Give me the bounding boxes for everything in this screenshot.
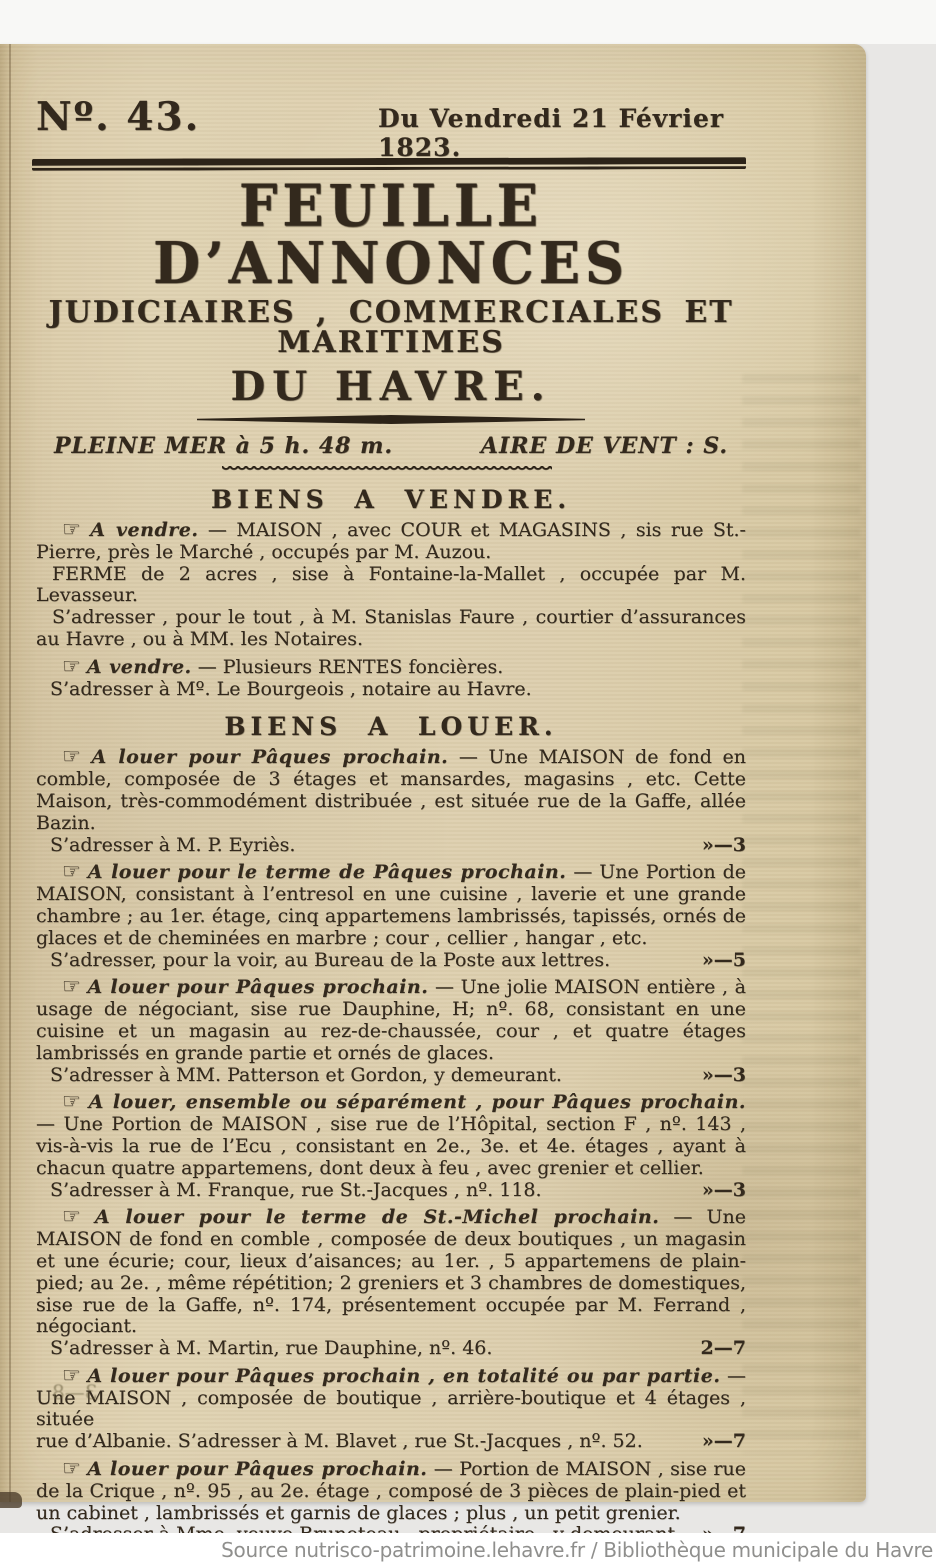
manicule-icon: ☞ xyxy=(62,859,81,883)
ad-address-row: rue d’Albanie. S’adresser à M. Blavet , … xyxy=(36,1431,746,1453)
ad-ref: »—7 xyxy=(702,1431,746,1453)
ad-lead: A louer pour le terme de Pâques prochain… xyxy=(88,861,567,883)
ad-rentes: ☞ A vendre. — Plusieurs RENTES foncières… xyxy=(36,656,746,701)
ad-text: ☞ A louer, ensemble ou séparément , pour… xyxy=(36,1091,746,1179)
ad-address-row: S’adresser à Mº. Le Bourgeois , notaire … xyxy=(36,679,746,701)
ad-ref: »—3 xyxy=(702,835,746,857)
ad-maison-st-michel: ☞ A louer pour le terme de St.-Michel pr… xyxy=(36,1206,746,1360)
ad-maison-dauphine-68: ☞ A louer pour Pâques prochain. — Une jo… xyxy=(36,976,746,1086)
manicule-icon: ☞ xyxy=(62,654,81,678)
manicule-icon: ☞ xyxy=(62,1204,81,1228)
masthead-title: FEUILLE D’ANNONCES xyxy=(36,177,746,291)
ad-lead: A louer pour Pâques prochain. xyxy=(87,976,428,998)
ad-paragraph: S’adresser , pour le tout , à M. Stanisl… xyxy=(36,607,746,651)
source-credit: Source nutrisco-patrimoine.lehavre.fr / … xyxy=(221,1538,933,1562)
ad-address: S’adresser à M. P. Eyriès. xyxy=(36,835,295,857)
manicule-icon: ☞ xyxy=(62,974,81,998)
ad-ref: »—3 xyxy=(702,1065,746,1087)
ink-showthrough-mark: 3—8 xyxy=(52,1380,97,1404)
manicule-icon: ☞ xyxy=(62,744,81,768)
ad-address: S’adresser à M. Franque, rue St.-Jacques… xyxy=(36,1180,542,1202)
ad-lead: A louer pour le terme de St.-Michel proc… xyxy=(95,1206,659,1228)
ad-body: — Une Portion de MAISON , sise rue de l’… xyxy=(36,1113,746,1179)
newspaper-page: Nº. 43. Du Vendredi 21 Février 1823. FEU… xyxy=(0,44,866,1502)
ad-maison-auzou: ☞ A vendre. — MAISON , avec COUR et MAGA… xyxy=(36,519,746,651)
manicule-icon: ☞ xyxy=(62,517,81,541)
ad-body: — Plusieurs RENTES foncières. xyxy=(192,656,504,678)
ad-address-row: S’adresser, pour la voir, au Bureau de l… xyxy=(36,950,746,972)
section-heading-vendre: BIENS A VENDRE. xyxy=(36,485,746,514)
masthead-subtitle2: DU HAVRE. xyxy=(36,367,746,407)
ad-text: ☞ A louer pour Pâques prochain , en tota… xyxy=(36,1365,746,1431)
ad-address: rue d’Albanie. S’adresser à M. Blavet , … xyxy=(36,1431,643,1453)
scanner-background xyxy=(0,0,936,44)
ad-portion-maison-entresol: ☞ A louer pour le terme de Pâques procha… xyxy=(36,861,746,971)
wavy-rule xyxy=(222,466,552,473)
section-heading-louer: BIENS A LOUER. xyxy=(36,712,746,741)
ad-address: S’adresser, pour la voir, au Bureau de l… xyxy=(36,950,610,972)
ad-text: ☞ A louer pour Pâques prochain. — Une MA… xyxy=(36,746,746,834)
manicule-icon: ☞ xyxy=(62,1089,81,1113)
ad-paragraph: FERME de 2 acres , sise à Fontaine-la-Ma… xyxy=(36,564,746,608)
ad-address: S’adresser à Mº. Le Bourgeois , notaire … xyxy=(36,679,532,701)
manicule-icon: ☞ xyxy=(62,1456,81,1480)
ad-ref: »—3 xyxy=(702,1180,746,1202)
ink-bleed-texture xyxy=(742,374,860,1454)
ad-address: S’adresser à MM. Patterson et Gordon, y … xyxy=(36,1065,562,1087)
page-corner-shadow xyxy=(0,1492,22,1508)
ad-ref: »—5 xyxy=(702,950,746,972)
ad-text: ☞ A louer pour le terme de Pâques procha… xyxy=(36,861,746,949)
ad-lead: A vendre. xyxy=(87,656,192,678)
ad-address-row: S’adresser à MM. Patterson et Gordon, y … xyxy=(36,1065,746,1087)
ad-lead: A vendre. xyxy=(90,519,198,541)
ad-address-row: S’adresser à M. Martin, rue Dauphine, nº… xyxy=(36,1338,746,1360)
page-header: Nº. 43. Du Vendredi 21 Février 1823. xyxy=(36,94,746,152)
ad-text: ☞ A vendre. — Plusieurs RENTES foncières… xyxy=(36,656,746,679)
ad-lead: A louer, ensemble ou séparément , pour P… xyxy=(89,1091,746,1113)
ad-lead: A louer pour Pâques prochain. xyxy=(91,746,448,768)
ad-portion-maison-hopital: ☞ A louer, ensemble ou séparément , pour… xyxy=(36,1091,746,1201)
ad-address: S’adresser à M. Martin, rue Dauphine, nº… xyxy=(36,1338,492,1360)
page-gutter-edge xyxy=(9,44,11,1502)
ad-text: ☞ A louer pour le terme de St.-Michel pr… xyxy=(36,1206,746,1338)
ad-address-row: S’adresser à M. Franque, rue St.-Jacques… xyxy=(36,1180,746,1202)
ad-address-row: S’adresser à M. P. Eyriès.»—3 xyxy=(36,835,746,857)
tide-wind-bar: PLEINE MER à 5 h. 48 m. AIRE DE VENT : S… xyxy=(36,433,746,459)
ad-maison-gaffe-bazin: ☞ A louer pour Pâques prochain. — Une MA… xyxy=(36,746,746,856)
tide-info: PLEINE MER à 5 h. 48 m. xyxy=(54,433,393,459)
date-line: Du Vendredi 21 Février 1823. xyxy=(378,104,746,162)
ad-text: ☞ A louer pour Pâques prochain. — Portio… xyxy=(36,1458,746,1524)
ad-maison-albanie: ☞ A louer pour Pâques prochain , en tota… xyxy=(36,1365,746,1453)
ad-text: ☞ A louer pour Pâques prochain. — Une jo… xyxy=(36,976,746,1064)
source-credit-bar: Source nutrisco-patrimoine.lehavre.fr / … xyxy=(0,1533,936,1566)
wind-info: AIRE DE VENT : S. xyxy=(481,433,728,459)
ad-lead: A louer pour Pâques prochain. xyxy=(87,1458,427,1480)
ad-text: ☞ A vendre. — MAISON , avec COUR et MAGA… xyxy=(36,519,746,564)
masthead-subtitle: JUDICIAIRES , COMMERCIALES ET MARITIMES xyxy=(36,298,746,358)
double-rule xyxy=(32,157,746,171)
swelled-rule xyxy=(197,415,585,424)
ad-ref: 2—7 xyxy=(701,1338,746,1360)
ad-lead: A louer pour Pâques prochain , en totali… xyxy=(87,1365,720,1387)
issue-number: Nº. 43. xyxy=(36,94,200,140)
